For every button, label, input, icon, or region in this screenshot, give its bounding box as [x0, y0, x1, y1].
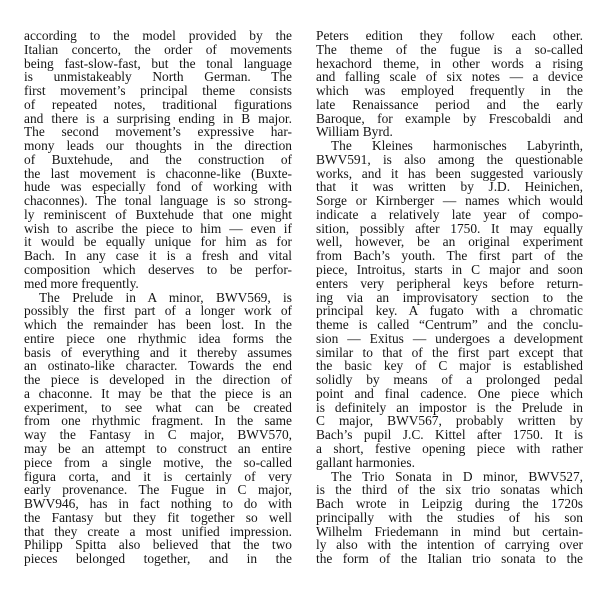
text-line: The theme of the fugue is a so-called [316, 43, 583, 57]
text-line: Bach wrote in Leipzig during the 1720s [316, 497, 583, 511]
text-line: is the third of the six trio sonatas whi… [316, 483, 583, 497]
text-line: first movement’s principal theme consist… [24, 84, 292, 98]
text-line: hexachord theme, in other words a rising [316, 57, 583, 71]
text-line: Baroque, for example by Frescobaldi and [316, 112, 583, 126]
text-line: entire piece one rhythmic idea forms the [24, 332, 292, 346]
text-line: experiment, to see what can be created [24, 401, 292, 415]
text-line: principal key. A fugato with a chromatic [316, 304, 583, 318]
text-line: way the Fantasy in C major, BWV570, [24, 428, 292, 442]
text-line: a short, festive opening piece with rath… [316, 442, 583, 456]
text-line: possibly the first part of a longer work… [24, 304, 292, 318]
document-page: according to the model provided by the I… [0, 0, 594, 599]
text-line: a chaconne. It may be that the piece is … [24, 387, 292, 401]
text-line: Bach. In any case it is a fresh and vita… [24, 249, 292, 263]
text-line: from one rhythmic fragment. In the same [24, 414, 292, 428]
text-line: ly reminiscent of Buxtehude that one mig… [24, 208, 292, 222]
text-column-left: according to the model provided by the I… [24, 29, 292, 566]
text-line: Wilhelm Friedemann in mind but certain- [316, 525, 583, 539]
text-line: from Bach’s youth. The first part of the [316, 249, 583, 263]
text-line: solidly by means of a prolonged pedal [316, 373, 583, 387]
text-line: of repeated notes, traditional figuratio… [24, 98, 292, 112]
text-line: piece, Introitus, starts in C major and … [316, 263, 583, 277]
text-line: sion — Exitus — undergoes a development [316, 332, 583, 346]
text-line: works, and it has been suggested various… [316, 167, 583, 181]
text-line: well, however, be an original experiment [316, 235, 583, 249]
text-line: BWV591, is also among the questionable [316, 153, 583, 167]
text-line: that they create a most unified impressi… [24, 525, 292, 539]
text-line: BWV946, has in fact nothing to do with [24, 497, 292, 511]
text-line: basis of everything and it thereby assum… [24, 346, 292, 360]
text-line: may be an attempt to construct an entire [24, 442, 292, 456]
text-line: principally with the studies of his son [316, 511, 583, 525]
text-line: theme is called “Centrum” and the conclu… [316, 318, 583, 332]
text-line: figura corta, and it is certainly of ver… [24, 470, 292, 484]
text-line: C major, BWV567, probably written by [316, 414, 583, 428]
text-line: similar to that of the first part except… [316, 346, 583, 360]
text-line: mony leads our thoughts in the direction [24, 139, 292, 153]
text-line: Italian concerto, the order of movements [24, 43, 292, 57]
text-line: composition which deserves to be perfor- [24, 263, 292, 277]
paragraph-end-line: gallant harmonies. [316, 456, 583, 470]
text-line: sition, possibly after 1750. It may equa… [316, 222, 583, 236]
text-line: Philipp Spitta also believed that the tw… [24, 538, 292, 552]
text-line: Bach’s pupil J.C. Kittel after 1750. It … [316, 428, 583, 442]
text-line: and there is a surprising ending in B ma… [24, 112, 292, 126]
text-line: and falling scale of six notes — a devic… [316, 70, 583, 84]
text-line: wish to ascribe the piece to him — even … [24, 222, 292, 236]
paragraph-start-line: The Trio Sonata in D minor, BWV527, [316, 470, 583, 484]
text-line: the last movement is chaconne-like (Buxt… [24, 167, 292, 181]
text-line: ing via an improvisatory section to the [316, 291, 583, 305]
text-line: being fast-slow-fast, but the tonal lang… [24, 57, 292, 71]
text-line: enters very peripheral keys before retur… [316, 277, 583, 291]
text-line: it would be equally unique for him as fo… [24, 235, 292, 249]
text-line: Peters edition they follow each other. [316, 29, 583, 43]
paragraph-end-line: William Byrd. [316, 125, 583, 139]
text-line: the basic key of C major is established [316, 359, 583, 373]
text-line: the form of the Italian trio sonata to t… [316, 552, 583, 566]
text-line: point and final cadence. One piece which [316, 387, 583, 401]
text-line: late Renaissance period and the early [316, 98, 583, 112]
text-line: which the remainder has been lost. In th… [24, 318, 292, 332]
text-line: The second movement’s expressive har- [24, 125, 292, 139]
text-line: hude was especially fond of working with [24, 180, 292, 194]
text-line: which was employed frequently in the [316, 84, 583, 98]
text-line: indicate a relatively late year of compo… [316, 208, 583, 222]
text-line: that it was written by J.D. Heinichen, [316, 180, 583, 194]
paragraph-start-line: The Kleines harmonisches Labyrinth, [316, 139, 583, 153]
text-line: is unmistakeably North German. The [24, 70, 292, 84]
text-column-right: Peters edition they follow each other. T… [316, 29, 583, 566]
text-line: according to the model provided by the [24, 29, 292, 43]
text-line: of Buxtehude, and the construction of [24, 153, 292, 167]
text-line: an ostinato-like character. Towards the … [24, 359, 292, 373]
text-line: is definitely an impostor is the Prelude… [316, 401, 583, 415]
text-line: chaconnes). The tonal language is so str… [24, 194, 292, 208]
text-line: the piece is developed in the direction … [24, 373, 292, 387]
text-line: early provenance. The Fugue in C major, [24, 483, 292, 497]
paragraph-start-line: The Prelude in A minor, BWV569, is [24, 291, 292, 305]
text-line: Sorge or Kirnberger — names which would [316, 194, 583, 208]
paragraph-end-line: med more frequently. [24, 277, 292, 291]
text-line: piece from a single motive, the so-calle… [24, 456, 292, 470]
text-line: ly also with the intention of carrying o… [316, 538, 583, 552]
text-line: pieces belonged together, and in the [24, 552, 292, 566]
text-line: the Fantasy but they fit together so wel… [24, 511, 292, 525]
